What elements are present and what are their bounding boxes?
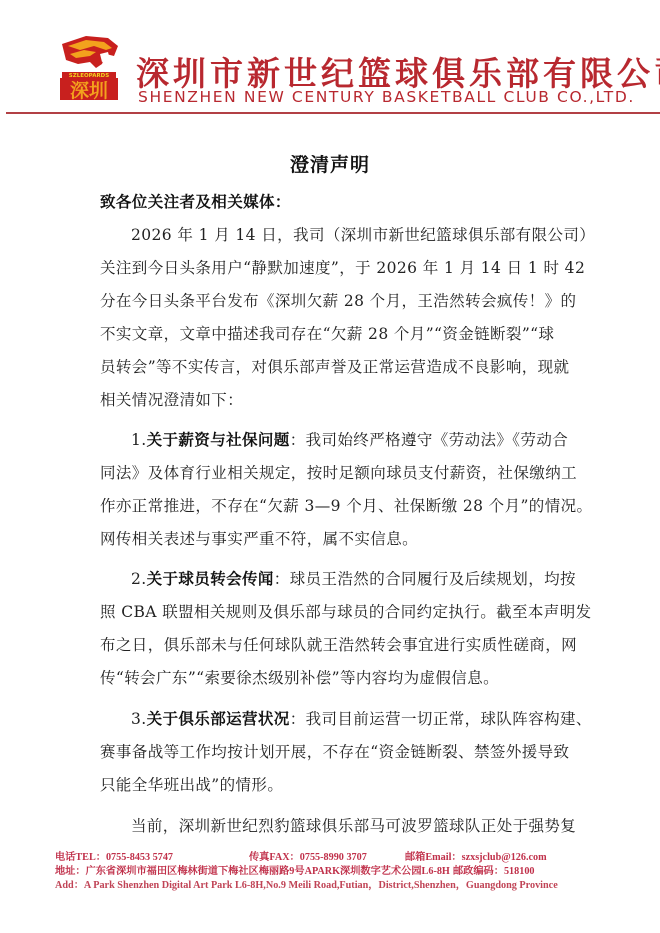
svg-text:深圳: 深圳 [70,80,108,102]
intro-line: 相关情况澄清如下： [100,390,243,410]
company-name-en: SHENZHEN NEW CENTURY BASKETBALL CLUB CO.… [138,88,635,106]
salutation: 致各位关注者及相关媒体： [100,192,291,212]
intro-line: 2026 年 1 月 14 日，我司（深圳市新世纪篮球俱乐部有限公司） [131,225,595,245]
postcode-value: 518100 [504,866,535,877]
point-line: 照 CBA 联盟相关规则及俱乐部与球员的合同约定执行。截至本声明发 [100,602,592,622]
leopard-logo-icon: SZLEOPARDS 深圳 [56,34,120,102]
point-line: 作亦正常推进，不存在“欠薪 3—9 个月、社保断缴 28 个月”的情况。 [100,496,592,516]
email: 邮箱Email：szxsjclub@126.com [405,851,547,865]
point-heading: 关于球员转会传闻 [147,569,274,588]
postcode: 邮政编码：518100 [453,865,535,879]
point-line: 赛事备战等工作均按计划开展，不存在“资金链断裂、禁签外援导致 [100,742,569,762]
point-number: 2. [131,570,147,588]
fax: 传真FAX：0755-8990 3707 [249,851,367,865]
point-number: 3. [131,710,147,728]
email-address[interactable]: szxsjclub@126.com [462,852,547,863]
point-2-first-line: 2.关于球员转会传闻：球员王浩然的合同履行及后续规划，均按 [131,569,576,589]
address-en-row: Add：A Park Shenzhen Digital Art Park L6-… [55,879,615,893]
address-en: A Park Shenzhen Digital Art Park L6-8H,N… [84,880,558,891]
phone-number: 0755-8453 5747 [106,852,173,863]
address-row: 地址：广东省深圳市福田区梅林街道下梅社区梅丽路9号APARK深圳数字艺术公园L6… [55,865,615,879]
intro-line: 分在今日头条平台发布《深圳欠薪 28 个月，王浩然转会疯传！》的 [100,291,576,311]
letterhead: SZLEOPARDS 深圳 深圳市新世纪篮球俱乐部有限公司 SHENZHEN N… [0,0,660,120]
document-title: 澄清声明 [0,150,660,177]
phone-label: 电话TEL： [55,852,106,863]
point-text: ：我司始终严格遵守《劳动法》《劳动合 [290,431,568,449]
point-3-first-line: 3.关于俱乐部运营状况：我司目前运营一切正常，球队阵容构建、 [131,709,592,729]
intro-line: 不实文章，文章中描述我司存在“欠薪 28 个月”“资金链断裂”“球 [100,324,554,344]
intro-line: 员转会”等不实传言，对俱乐部声誉及正常运营造成不良影响，现就 [100,357,569,377]
point-text: ：我司目前运营一切正常，球队阵容构建、 [290,710,592,728]
point-line: 同法》及体育行业相关规定，按时足额向球员支付薪资，社保缴纳工 [100,463,577,483]
point-line: 布之日，俱乐部未与任何球队就王浩然转会事宜进行实质性磋商，网 [100,635,577,655]
point-line: 网传相关表述与事实严重不符，属不实信息。 [100,529,418,549]
address-en-label: Add： [55,880,84,891]
point-text: ：球员王浩然的合同履行及后续规划，均按 [274,570,576,588]
letterhead-footer: 电话TEL：0755-8453 5747 传真FAX：0755-8990 370… [55,851,615,893]
fax-number: 0755-8990 3707 [300,852,367,863]
fax-label: 传真FAX： [249,852,300,863]
postcode-label: 邮政编码： [453,866,504,877]
point-1-first-line: 1.关于薪资与社保问题：我司始终严格遵守《劳动法》《劳动合 [131,430,568,450]
point-heading: 关于薪资与社保问题 [147,430,290,449]
address-cn: 广东省深圳市福田区梅林街道下梅社区梅丽路9号APARK深圳数字艺术公园L6-8H [86,866,450,877]
intro-line: 关注到今日头条用户“静默加速度”，于 2026 年 1 月 14 日 1 时 4… [100,258,585,278]
contact-row: 电话TEL：0755-8453 5747 传真FAX：0755-8990 370… [55,851,615,865]
address-label: 地址： [55,866,86,877]
point-line: 只能全华班出战”的情形。 [100,775,283,795]
point-heading: 关于俱乐部运营状况 [147,709,290,728]
header-divider [6,112,660,114]
point-line: 传“转会广东”“索要徐杰级别补偿”等内容均为虚假信息。 [100,668,499,688]
email-label: 邮箱Email： [405,852,462,863]
point-number: 1. [131,431,147,449]
closing-line: 当前，深圳新世纪烈豹篮球俱乐部马可波罗篮球队正处于强势复 [131,816,576,836]
